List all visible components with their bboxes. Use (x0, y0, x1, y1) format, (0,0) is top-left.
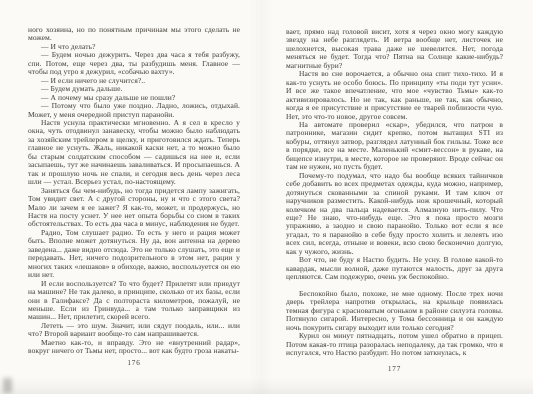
page-left-number: 176 (28, 359, 240, 367)
paragraph: Настя уснула практически мгновенно. А я … (28, 119, 240, 187)
paragraph: Радио, Том слушает радио. То есть у него… (28, 229, 240, 280)
page-right-number: 177 (286, 365, 503, 373)
paragraph: Курил он минут пятнадцать, потом ушел об… (286, 332, 503, 357)
page-left: ного хозяина, но по понятным причинам мы… (28, 26, 240, 392)
page-right: вает, прямо над головой висит, хотя я че… (286, 28, 503, 394)
page-right-text: вает, прямо над головой висит, хотя я че… (286, 28, 503, 358)
paragraph: Лететь — это шум. Значит, или сядут поод… (28, 322, 240, 339)
paragraph: вает, прямо над головой висит, хотя я че… (286, 28, 503, 70)
paragraph: Настя во сне ворочается, а обычно она сп… (286, 70, 503, 121)
paragraph: И если воспользуется? То что будет? Прил… (28, 280, 240, 322)
paragraph: Заняться бы чем-нибудь, но тогда придетс… (28, 187, 240, 229)
scan-artifact-corner (3, 378, 12, 393)
page-left-text: ного хозяина, но по понятным причинам мы… (28, 26, 240, 356)
page-gutter-shading (248, 0, 274, 394)
paragraph: Маетно как-то, и вправду. Это не «внутре… (28, 339, 240, 356)
paragraph: На автомате проверил «скар», убедился, ч… (286, 121, 503, 172)
paragraph: — Потому что было уже поздно. Ладно, лож… (28, 102, 240, 119)
paragraph: ного хозяина, но по понятным причинам мы… (28, 26, 240, 43)
book-spread: ного хозяина, но по понятным причинам мы… (0, 0, 533, 394)
paragraph: — Будем ночью дежурить. Через два часа я… (28, 51, 240, 76)
paragraph: Почему-то подумал, что надо бы вообще вс… (286, 172, 503, 257)
paragraph: Беспокойно было, похоже, не мне одному. … (286, 290, 503, 332)
paragraph: Вот что, не буду я Настю будить. Не усну… (286, 256, 503, 281)
